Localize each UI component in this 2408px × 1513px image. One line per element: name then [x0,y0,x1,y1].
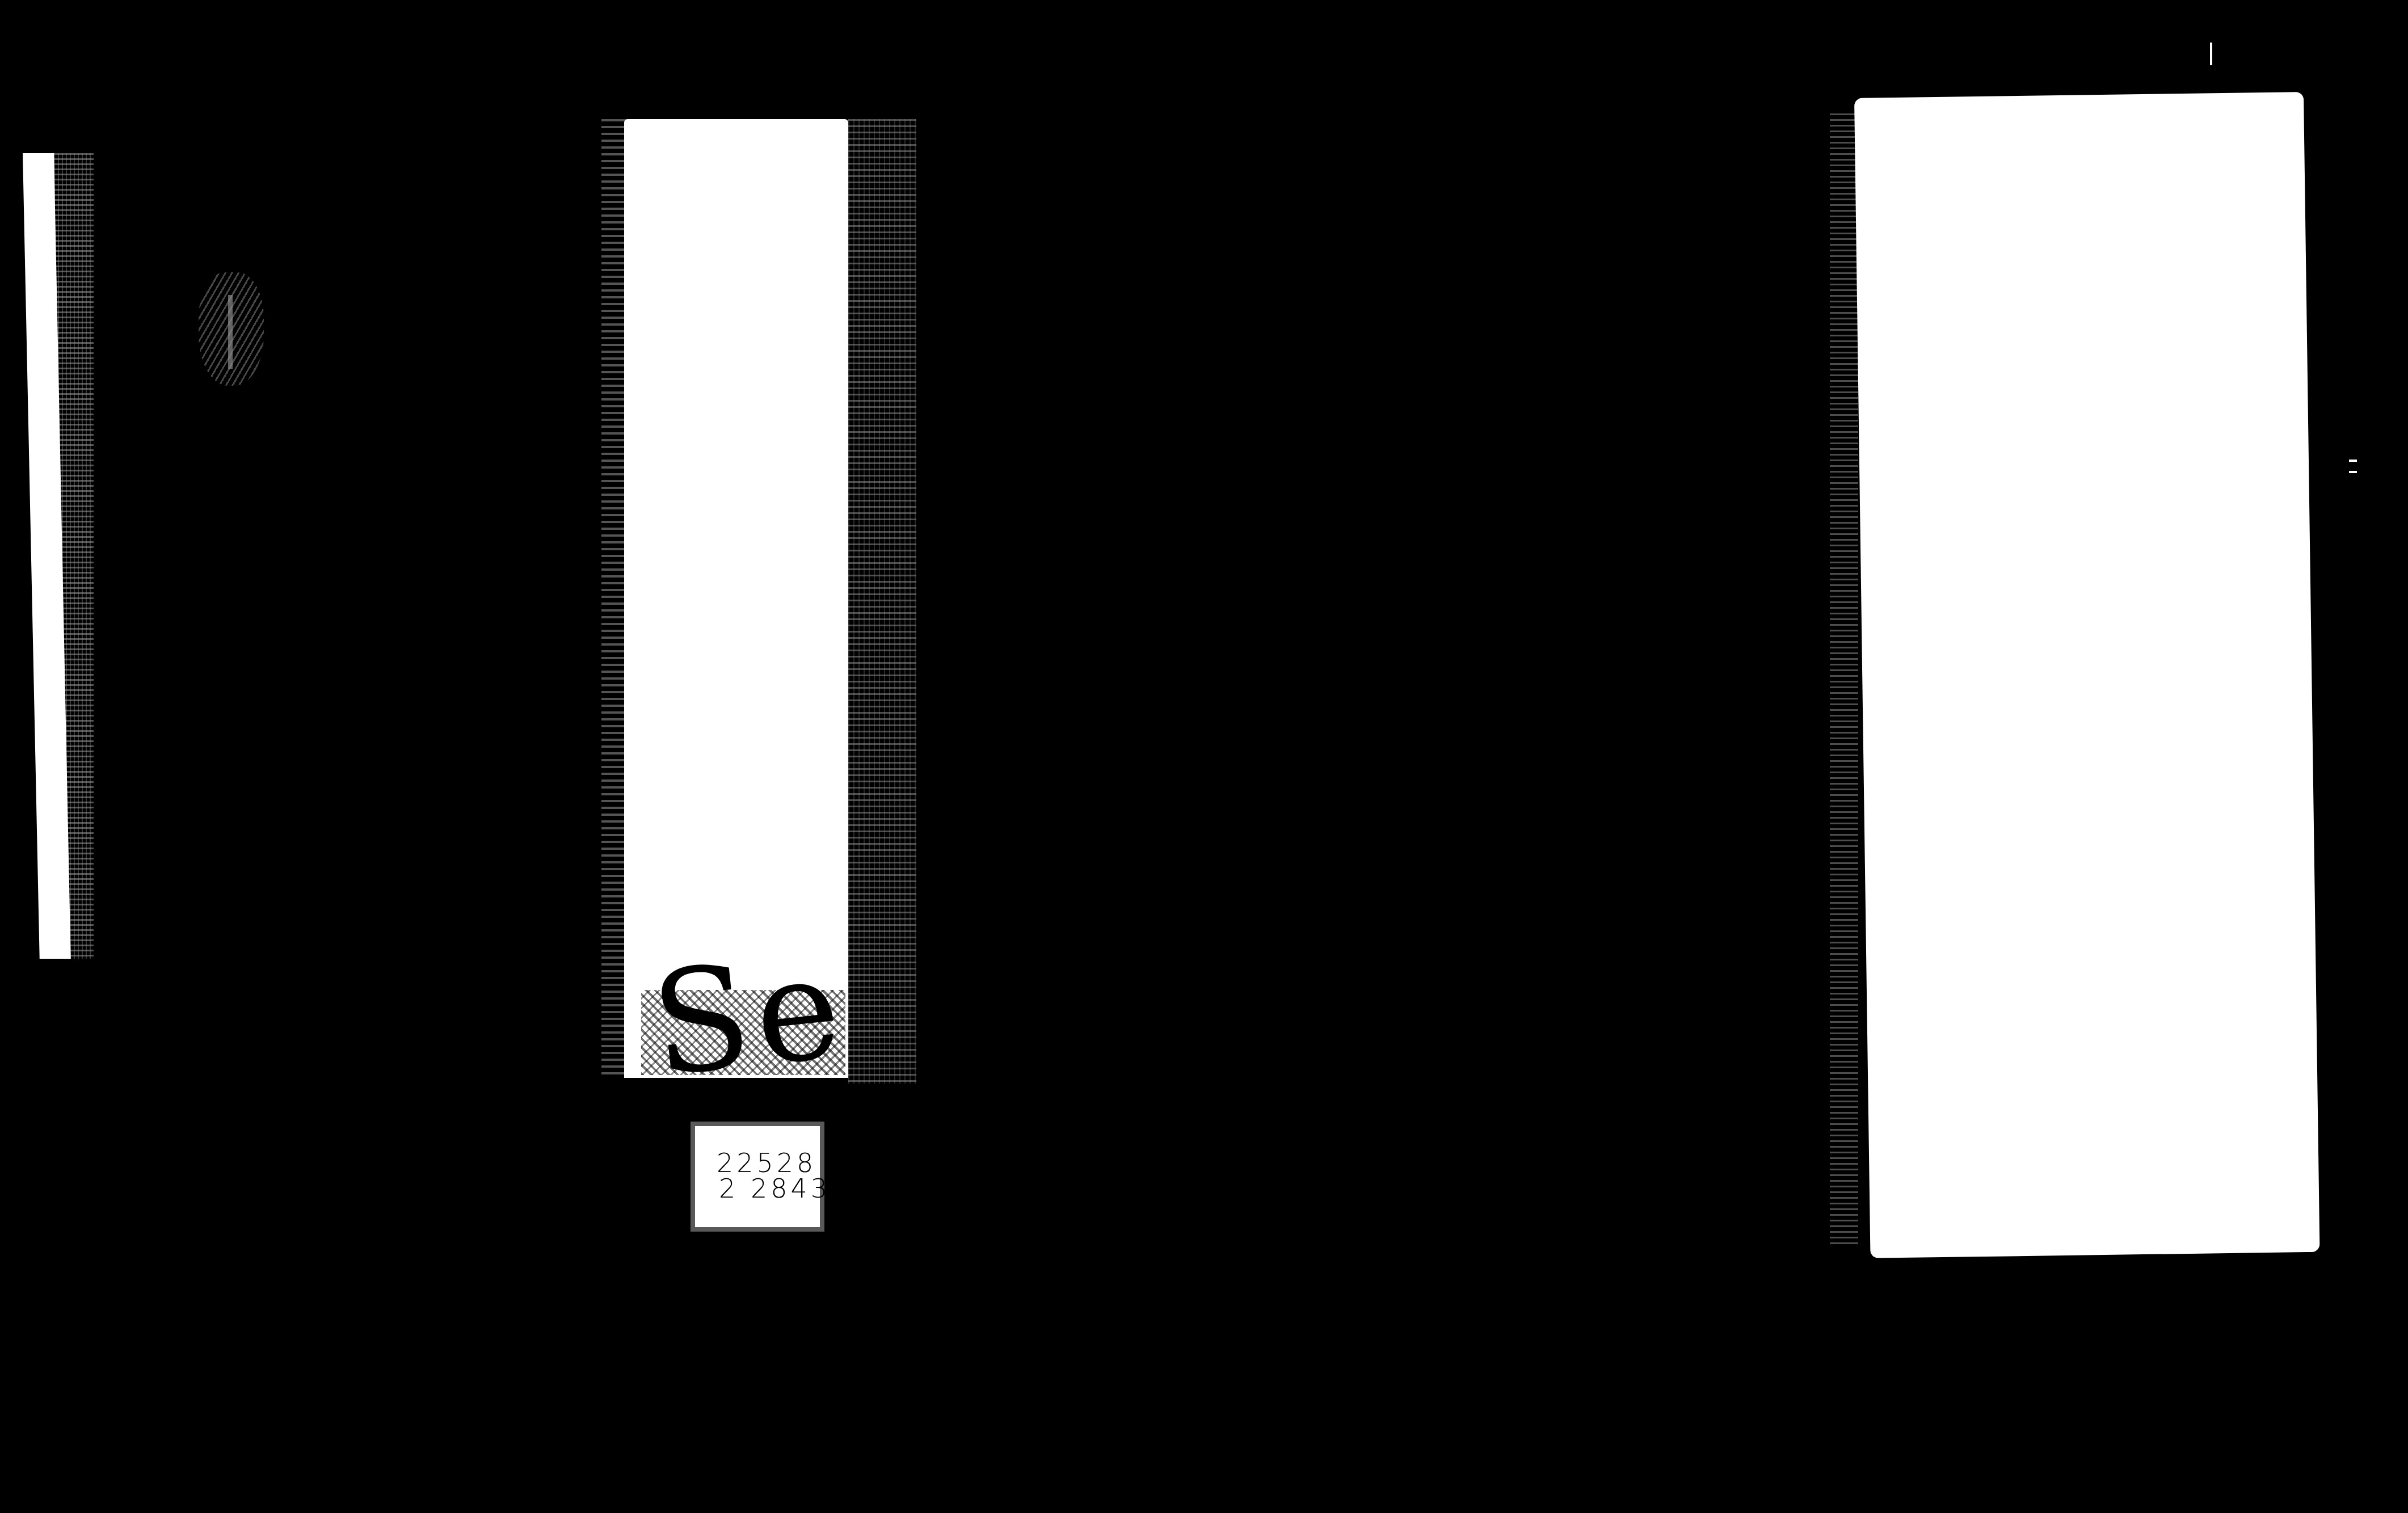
spine-paper-strip [624,119,848,1078]
left-edge-texture [54,153,94,959]
spine-right-texture [848,119,916,1084]
book-scan: Se 22528 2 2843 [0,0,2408,1513]
stray-mark [2210,43,2212,65]
call-number-line-2: 2 2843 [719,1174,831,1203]
back-cover-page [1854,92,2319,1258]
spine-title-lettering: Se [645,932,864,1099]
call-number-sticker: 22528 2 2843 [695,1126,820,1227]
worn-cover-ornament-icon [199,272,264,386]
right-panel-edge-texture [1830,113,1858,1248]
stray-mark [2349,460,2357,462]
stray-mark [2349,471,2357,473]
